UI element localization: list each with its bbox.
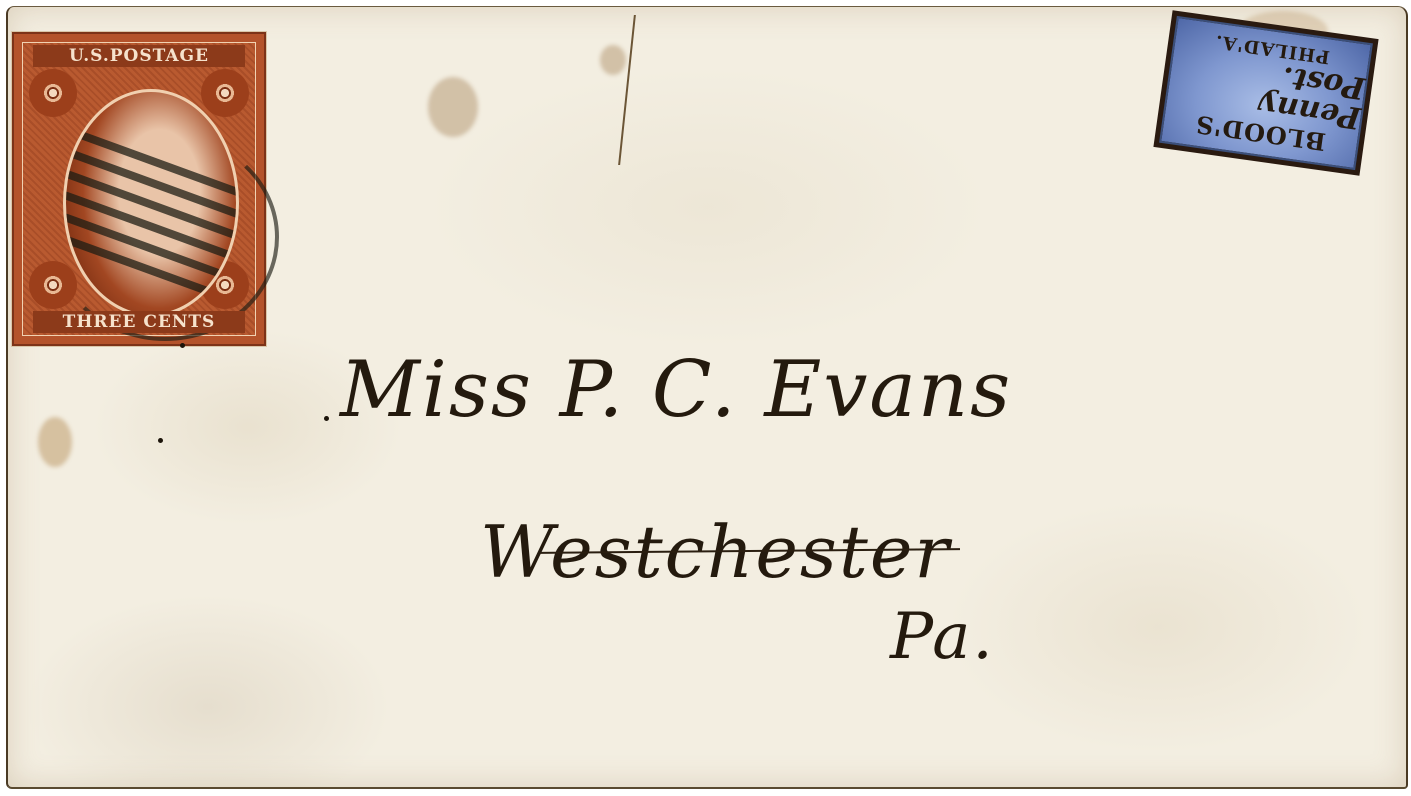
ink-dot (180, 343, 185, 348)
stamp-bottom-label: THREE CENTS (33, 311, 245, 333)
paper-tear (618, 15, 660, 165)
ink-dot (324, 416, 329, 421)
local-stamp-face: BLOOD'S Penny Post. PHILAD'A. (1159, 16, 1373, 170)
address-name: Miss P. C. Evans (340, 345, 1012, 435)
rosette-icon (201, 69, 249, 117)
rosette-icon (29, 69, 77, 117)
bloods-penny-post-stamp: BLOOD'S Penny Post. PHILAD'A. (1153, 10, 1378, 176)
address-state: Pa. (890, 600, 995, 674)
stamp-top-label: U.S.POSTAGE (33, 45, 245, 67)
us-three-cent-stamp: U.S.POSTAGE THREE CENTS (12, 32, 266, 346)
stamp-frame: U.S.POSTAGE THREE CENTS (22, 42, 256, 336)
ink-dot (158, 438, 163, 443)
cancel-ring (51, 133, 279, 341)
stain (428, 77, 478, 137)
stain (600, 45, 626, 75)
stain (38, 417, 72, 467)
